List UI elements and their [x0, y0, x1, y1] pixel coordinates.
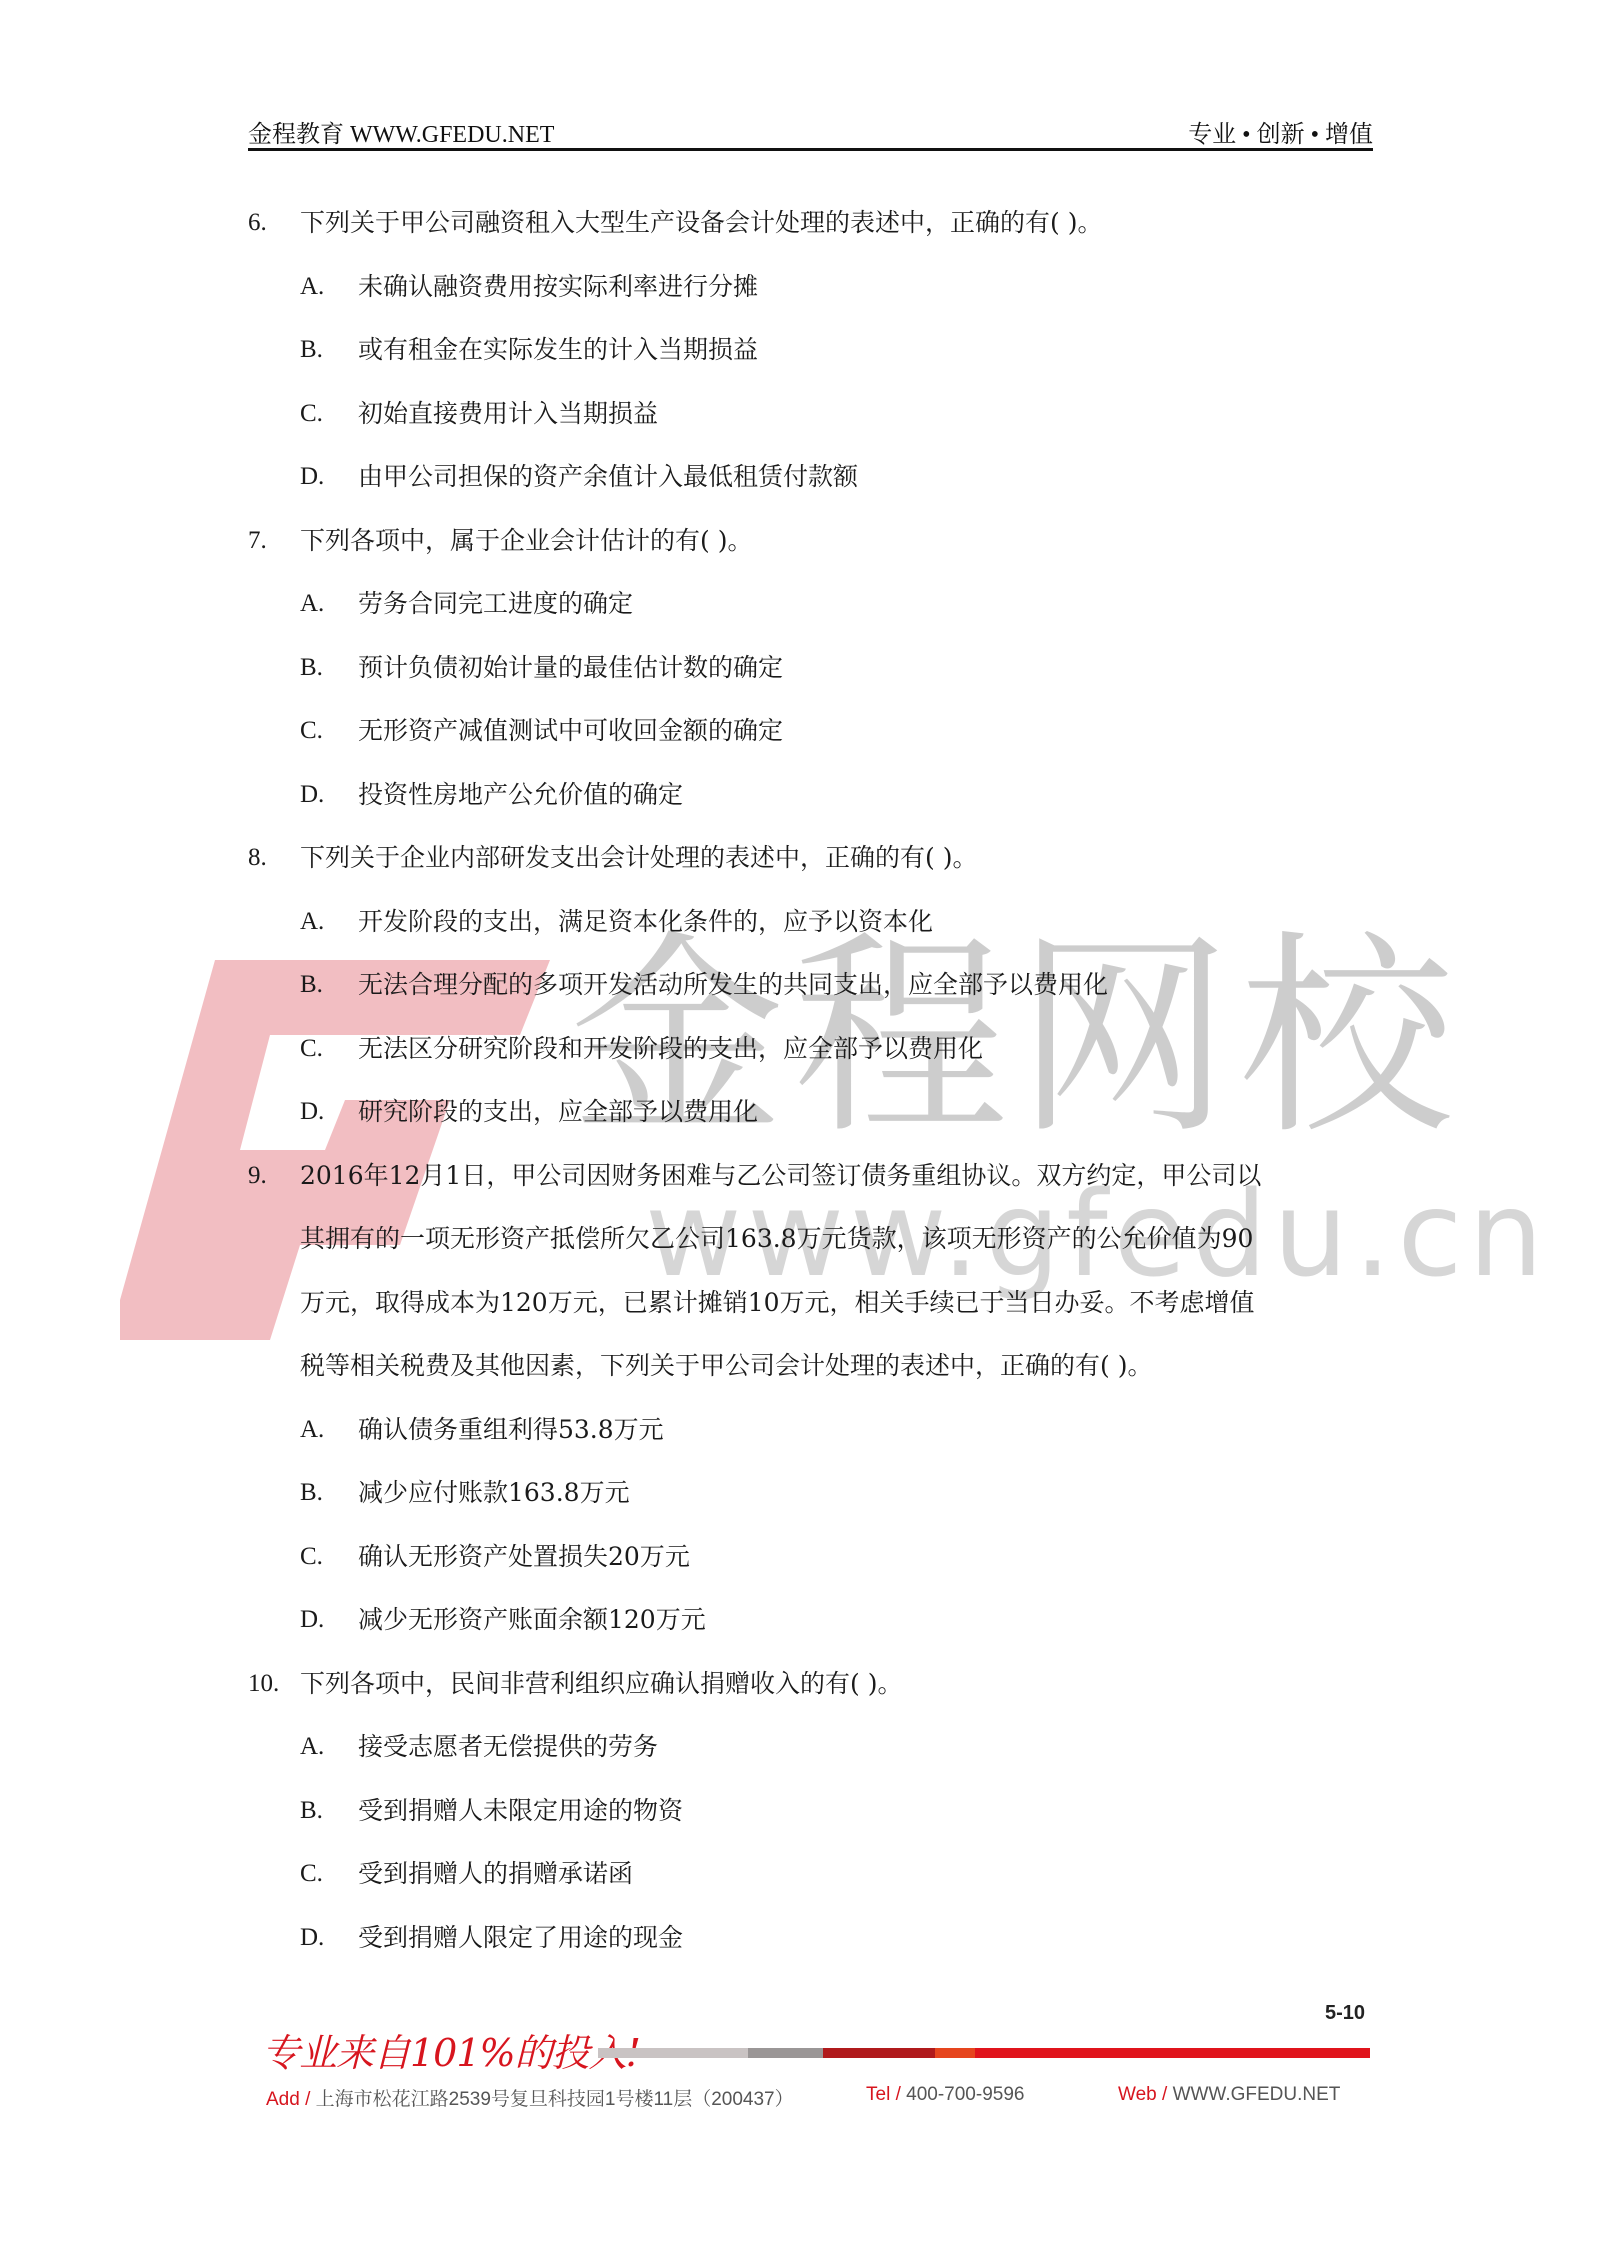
question-stem: 下列各项中，民间非营利组织应确认捐赠收入的有( )。 [300, 1669, 902, 1699]
question-9: 9.2016年12月1日，甲公司因财务困难与乙公司签订债务重组协议。双方约定，甲… [248, 1161, 1373, 1669]
footer-web: Web / WWW.GFEDU.NET [1118, 2084, 1340, 2106]
option-b: B.预计负债初始计量的最佳估计数的确定 [248, 653, 1373, 717]
option-b: B.减少应付账款163.8万元 [248, 1478, 1373, 1542]
page-number: 5-10 [1325, 2002, 1365, 2025]
question-10: 10.下列各项中，民间非营利组织应确认捐赠收入的有( )。 A.接受志愿者无偿提… [248, 1669, 1373, 1987]
question-stem-line-1: 2016年12月1日，甲公司因财务困难与乙公司签订债务重组协议。双方约定，甲公司… [300, 1161, 1261, 1191]
question-number: 10. [248, 1669, 279, 1699]
page-header: 金程教育 WWW.GFEDU.NET 专业 • 创新 • 增值 [248, 108, 1373, 148]
option-c: C.受到捐赠人的捐赠承诺函 [248, 1859, 1373, 1923]
option-d: D.受到捐赠人限定了用途的现金 [248, 1923, 1373, 1987]
option-a: A.未确认融资费用按实际利率进行分摊 [248, 272, 1373, 336]
option-b: B.或有租金在实际发生的计入当期损益 [248, 335, 1373, 399]
option-b: B.无法合理分配的多项开发活动所发生的共同支出，应全部予以费用化 [248, 970, 1373, 1034]
question-stem: 下列关于企业内部研发支出会计处理的表述中，正确的有( )。 [300, 843, 977, 873]
question-list: 6.下列关于甲公司融资租入大型生产设备会计处理的表述中，正确的有( )。 A.未… [248, 208, 1373, 1986]
footer-tel: Tel / 400-700-9596 [866, 2084, 1024, 2106]
option-a: A.开发阶段的支出，满足资本化条件的，应予以资本化 [248, 907, 1373, 971]
question-8: 8.下列关于企业内部研发支出会计处理的表述中，正确的有( )。 A.开发阶段的支… [248, 843, 1373, 1161]
option-d: D.研究阶段的支出，应全部予以费用化 [248, 1097, 1373, 1161]
option-c: C.初始直接费用计入当期损益 [248, 399, 1373, 463]
question-number: 9. [248, 1161, 267, 1191]
footer-slogan: 专业来自101%的投入! [262, 2022, 640, 2077]
option-c: C.确认无形资产处置损失20万元 [248, 1542, 1373, 1606]
option-d: D.减少无形资产账面余额120万元 [248, 1605, 1373, 1669]
option-d: D.由甲公司担保的资产余值计入最低租赁付款额 [248, 462, 1373, 526]
question-6: 6.下列关于甲公司融资租入大型生产设备会计处理的表述中，正确的有( )。 A.未… [248, 208, 1373, 526]
question-stem: 下列关于甲公司融资租入大型生产设备会计处理的表述中，正确的有( )。 [300, 208, 1102, 238]
question-number: 8. [248, 843, 267, 873]
option-b: B.受到捐赠人未限定用途的物资 [248, 1796, 1373, 1860]
question-stem-line-3: 万元，取得成本为120万元，已累计摊销10万元，相关手续已于当日办妥。不考虑增值 [300, 1288, 1255, 1318]
bar-segment [748, 2048, 823, 2058]
bar-segment [935, 2048, 975, 2058]
bar-segment [598, 2048, 748, 2058]
footer-address: Add / 上海市松花江路2539号复旦科技园1号楼11层（200437） [266, 2084, 794, 2111]
header-brand: 金程教育 WWW.GFEDU.NET [248, 114, 554, 149]
option-a: A.确认债务重组利得53.8万元 [248, 1415, 1373, 1479]
question-number: 6. [248, 208, 267, 238]
header-divider [248, 148, 1373, 151]
option-a: A.劳务合同完工进度的确定 [248, 589, 1373, 653]
header-tagline: 专业 • 创新 • 增值 [1188, 114, 1373, 149]
bar-segment [975, 2048, 1370, 2058]
question-7: 7.下列各项中，属于企业会计估计的有( )。 A.劳务合同完工进度的确定 B.预… [248, 526, 1373, 844]
question-number: 7. [248, 526, 267, 556]
option-a: A.接受志愿者无偿提供的劳务 [248, 1732, 1373, 1796]
question-stem: 下列各项中，属于企业会计估计的有( )。 [300, 526, 752, 556]
option-c: C.无形资产减值测试中可收回金额的确定 [248, 716, 1373, 780]
question-stem-line-2: 其拥有的一项无形资产抵偿所欠乙公司163.8万元货款，该项无形资产的公允价值为9… [300, 1224, 1253, 1254]
option-d: D.投资性房地产公允价值的确定 [248, 780, 1373, 844]
bar-segment [823, 2048, 935, 2058]
question-stem-line-4: 税等相关税费及其他因素，下列关于甲公司会计处理的表述中，正确的有( )。 [300, 1351, 1152, 1381]
option-c: C.无法区分研究阶段和开发阶段的支出，应全部予以费用化 [248, 1034, 1373, 1098]
